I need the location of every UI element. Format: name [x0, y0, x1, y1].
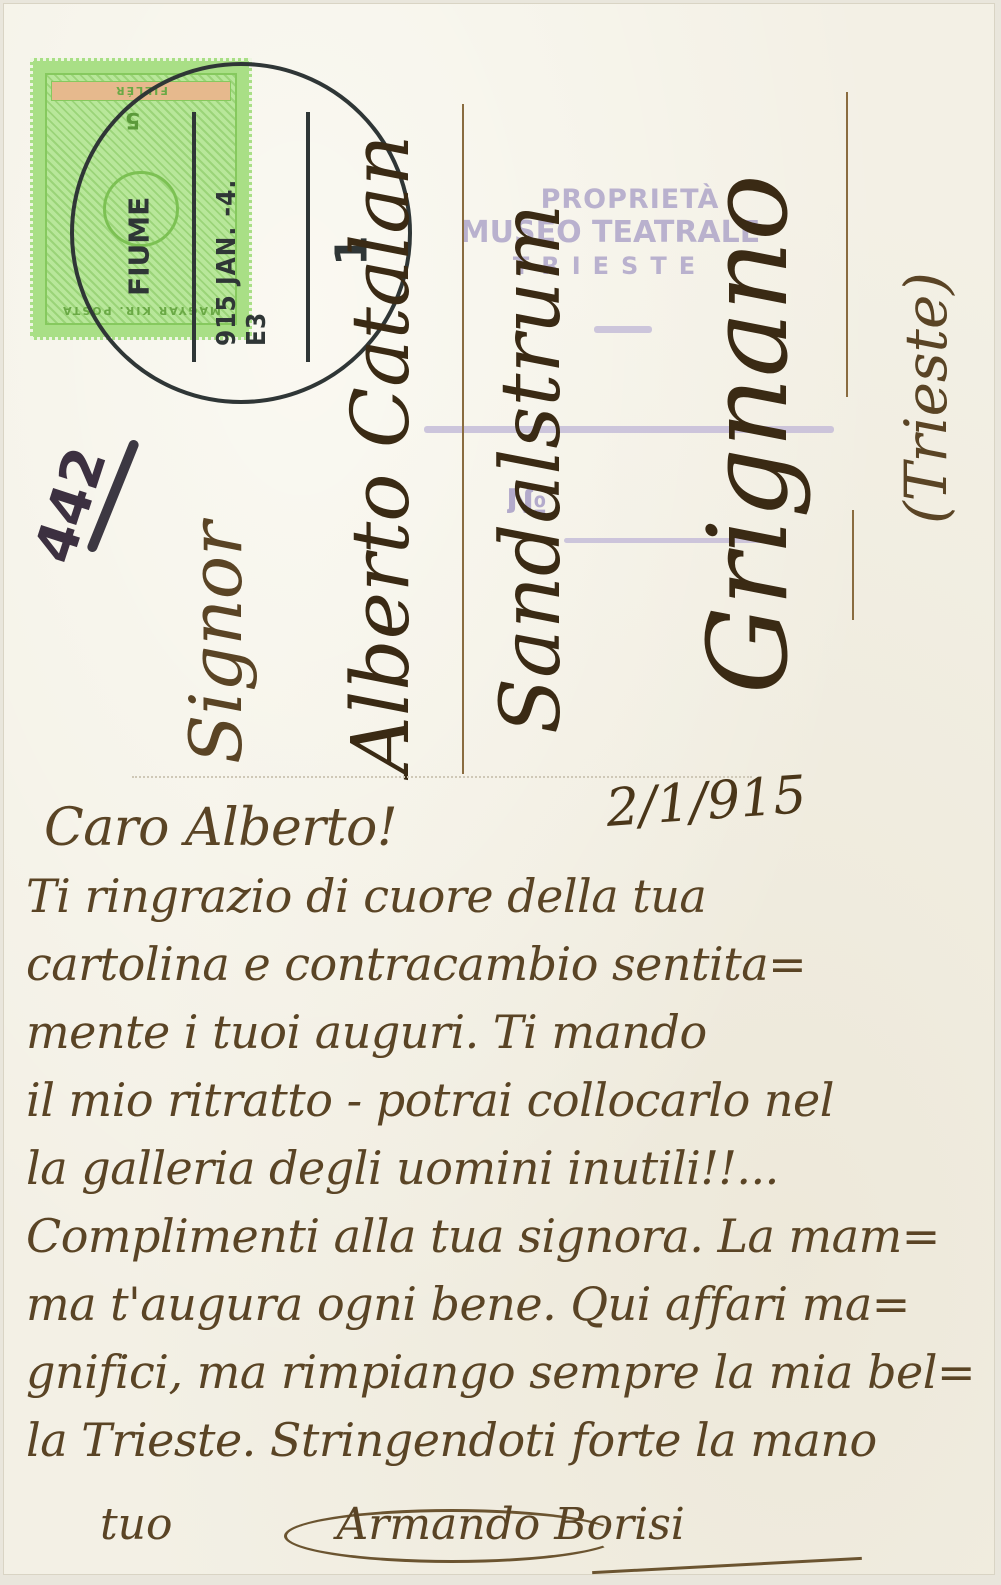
message-greeting: Caro Alberto!	[26, 794, 986, 862]
message-line: Complimenti alla tua signora. La mam=	[26, 1202, 986, 1270]
postmark-date: 915 JAN. -4. E3	[212, 136, 272, 346]
address-region: (Trieste)	[892, 272, 960, 524]
message-line: Ti ringrazio di cuore della tua	[26, 862, 986, 930]
museum-stamp-rule	[594, 326, 652, 333]
address-name: Alberto Catalan	[334, 135, 427, 774]
address-line	[846, 92, 848, 397]
postmark-town: FIUME	[104, 176, 174, 316]
message-body: Caro Alberto! Ti ringrazio di cuore dell…	[26, 794, 986, 1474]
address-town: Grignano	[684, 174, 812, 694]
message-line: la Trieste. Stringendoti forte la mano	[26, 1406, 986, 1474]
address-street: Sandalstrum	[484, 204, 579, 734]
message-line: il mio ritratto - potrai collocarlo nel	[26, 1066, 986, 1134]
closing: tuo	[100, 1499, 173, 1550]
postcard: FILLÉR 5 MAGYAR KIR. POSTA FIUME 915 JAN…	[4, 4, 994, 1574]
signature: Armando Borisi	[337, 1499, 685, 1550]
signature-block: tuo Armando Borisi	[100, 1499, 900, 1550]
signature-underline	[592, 1557, 862, 1574]
message-line: cartolina e contracambio sentita=	[26, 930, 986, 998]
address-line	[462, 104, 464, 774]
message-line: mente i tuoi auguri. Ti mando	[26, 998, 986, 1066]
message-line: la galleria degli uomini inutili!!...	[26, 1134, 986, 1202]
message-line: gnifici, ma rimpiango sempre la mia bel=	[26, 1338, 986, 1406]
address-line	[852, 510, 854, 620]
message-line: ma t'augura ogni bene. Qui affari ma=	[26, 1270, 986, 1338]
address-salutation: Signor	[174, 521, 258, 764]
